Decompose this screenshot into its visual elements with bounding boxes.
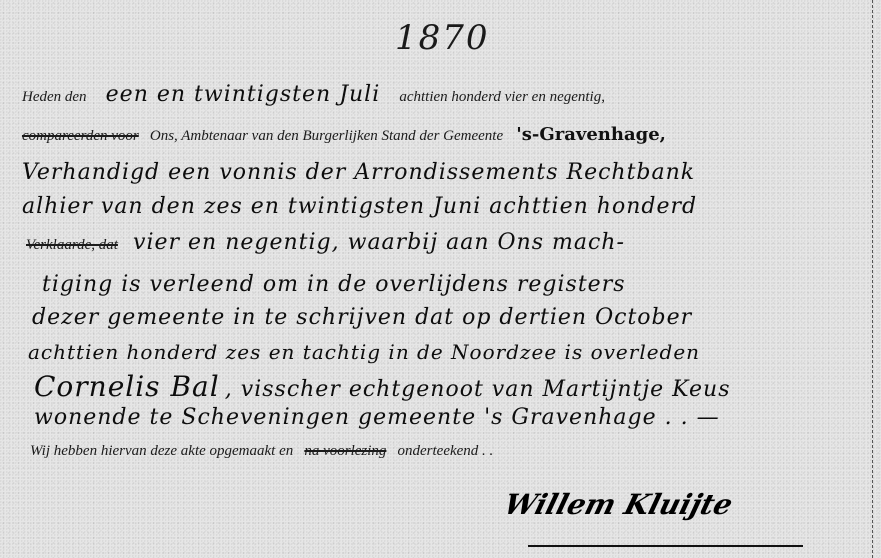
handwritten-text: alhier van den zes en twintigsten Juni a… [22, 194, 697, 219]
handwritten-text: vier en negentig, waarbij aan Ons mach- [133, 230, 625, 255]
printed-text: Wij hebben hiervan deze akte opgemaakt e… [30, 443, 293, 459]
deceased-name: Cornelis Bal [34, 370, 220, 403]
civil-registry-death-record: 1870 Heden den een en twintigsten Juli a… [0, 0, 881, 558]
handwritten-text: Verhandigd een vonnis der Arrondissement… [22, 160, 695, 185]
struck-text: compareerden voor [22, 128, 139, 144]
line-3: Verhandigd een vonnis der Arrondissement… [22, 160, 695, 185]
signature-underline [528, 545, 803, 547]
line-7: dezer gemeente in te schrijven dat op de… [32, 305, 692, 330]
official-signature: Willem Kluijte [501, 488, 737, 521]
handwritten-text: wonende te Scheveningen gemeente 's Grav… [34, 405, 720, 430]
handwritten-date: een en twintigsten Juli [106, 82, 381, 107]
printed-text: Ons, Ambtenaar van den Burgerlijken Stan… [150, 128, 503, 144]
record-year: 1870 [395, 18, 490, 58]
line-10: wonende te Scheveningen gemeente 's Grav… [34, 405, 720, 430]
line-8: achttien honderd zes en tachtig in de No… [28, 340, 700, 364]
line-4: alhier van den zes en twintigsten Juni a… [22, 194, 697, 219]
printed-text: Heden den [22, 89, 87, 105]
line-11: Wij hebben hiervan deze akte opgemaakt e… [30, 440, 493, 460]
line-2: compareerden voor Ons, Ambtenaar van den… [22, 124, 666, 145]
printed-text: achttien honderd vier en negentig, [399, 89, 605, 105]
printed-text: onderteekend . . [398, 443, 494, 459]
struck-text: na voorlezing [304, 443, 386, 459]
line-9: Cornelis Bal , visscher echtgenoot van M… [34, 370, 731, 403]
handwritten-text: , visscher echtgenoot van Martijntje Keu… [225, 377, 731, 402]
line-1: Heden den een en twintigsten Juli achtti… [22, 82, 605, 107]
line-5: Verklaarde, dat vier en negentig, waarbi… [26, 230, 625, 255]
handwritten-text: tiging is verleend om in de overlijdens … [42, 272, 626, 297]
struck-text: Verklaarde, dat [26, 237, 118, 253]
line-6: tiging is verleend om in de overlijdens … [42, 272, 626, 297]
margin-rule [872, 0, 873, 558]
place-name: 's-Gravenhage, [516, 124, 666, 145]
handwritten-text: dezer gemeente in te schrijven dat op de… [32, 305, 692, 330]
handwritten-text: achttien honderd zes en tachtig in de No… [28, 340, 700, 364]
